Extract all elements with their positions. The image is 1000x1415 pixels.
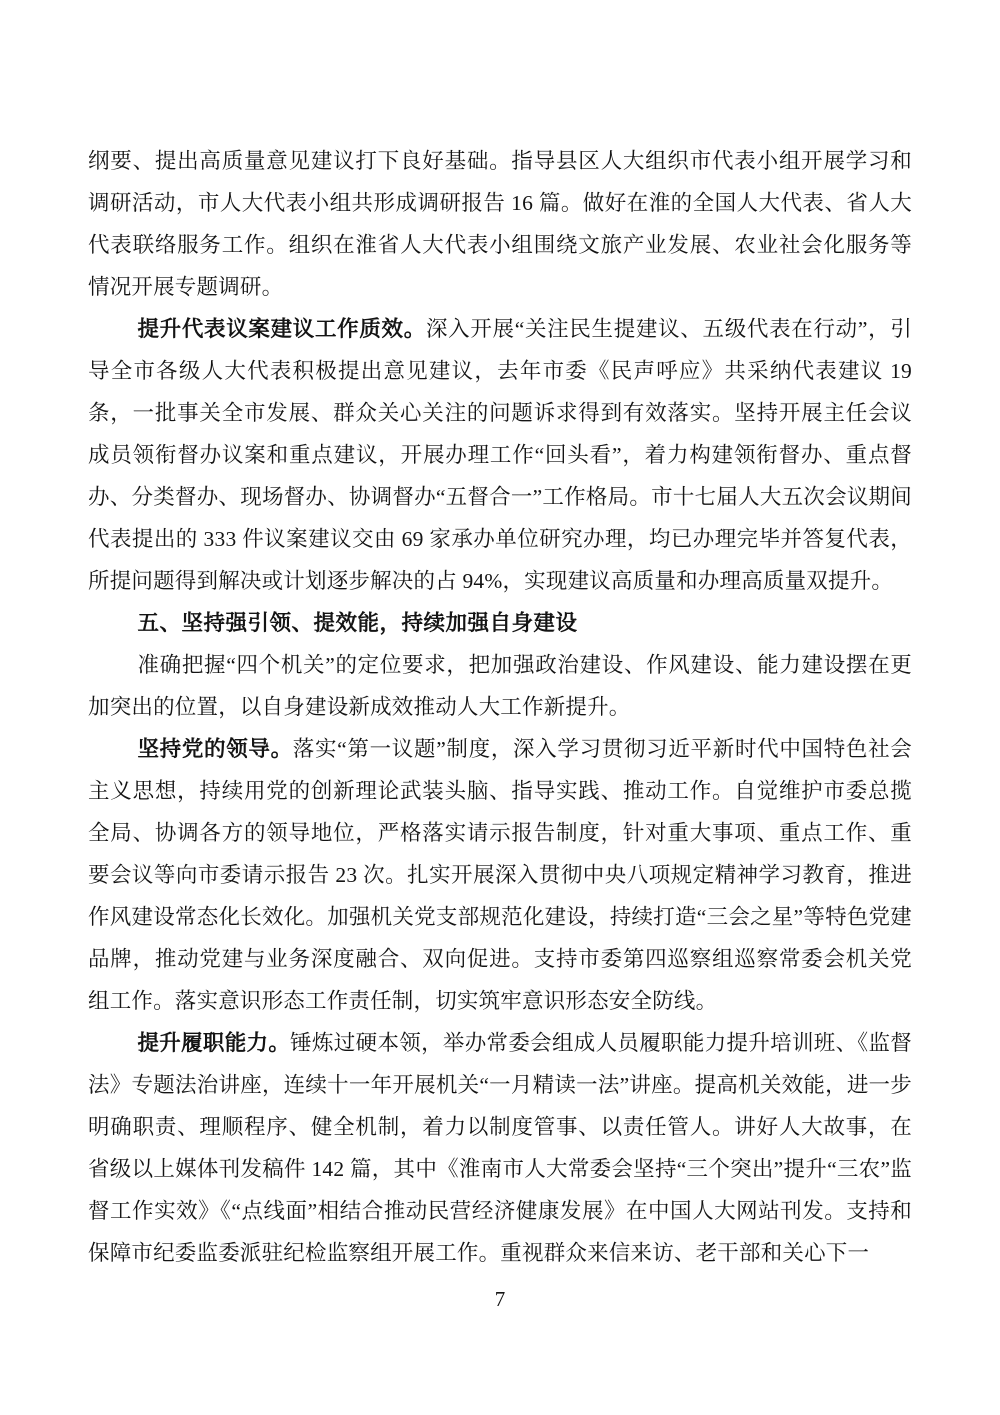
- paragraph-text: 纲要、提出高质量意见建议打下良好基础。指导县区人大组织市代表小组开展学习和调研活…: [88, 149, 912, 299]
- document-body: 纲要、提出高质量意见建议打下良好基础。指导县区人大组织市代表小组开展学习和调研活…: [88, 140, 912, 1274]
- paragraph: 提升履职能力。锤炼过硬本领，举办常委会组成人员履职能力提升培训班、《监督法》专题…: [88, 1022, 912, 1274]
- paragraph-lead: 提升履职能力。: [137, 1031, 290, 1055]
- paragraph: 准确把握“四个机关”的定位要求，把加强政治建设、作风建设、能力建设摆在更加突出的…: [88, 644, 912, 728]
- paragraph-continuation: 纲要、提出高质量意见建议打下良好基础。指导县区人大组织市代表小组开展学习和调研活…: [88, 140, 912, 308]
- paragraph: 提升代表议案建议工作质效。深入开展“关注民生提建议、五级代表在行动”，引导全市各…: [88, 308, 912, 602]
- document-page: 纲要、提出高质量意见建议打下良好基础。指导县区人大组织市代表小组开展学习和调研活…: [0, 0, 1000, 1415]
- paragraph-text: 落实“第一议题”制度，深入学习贯彻习近平新时代中国特色社会主义思想，持续用党的创…: [88, 737, 912, 1013]
- paragraph-lead: 提升代表议案建议工作质效。: [137, 317, 426, 341]
- paragraph-text: 深入开展“关注民生提建议、五级代表在行动”，引导全市各级人大代表积极提出意见建议…: [88, 317, 912, 593]
- paragraph-text: 锤炼过硬本领，举办常委会组成人员履职能力提升培训班、《监督法》专题法治讲座，连续…: [88, 1031, 912, 1265]
- section-heading: 五、坚持强引领、提效能，持续加强自身建设: [88, 602, 912, 644]
- paragraph: 坚持党的领导。落实“第一议题”制度，深入学习贯彻习近平新时代中国特色社会主义思想…: [88, 728, 912, 1022]
- paragraph-lead: 坚持党的领导。: [137, 737, 292, 761]
- paragraph-text: 准确把握“四个机关”的定位要求，把加强政治建设、作风建设、能力建设摆在更加突出的…: [88, 653, 912, 719]
- page-number: 7: [0, 1284, 1000, 1314]
